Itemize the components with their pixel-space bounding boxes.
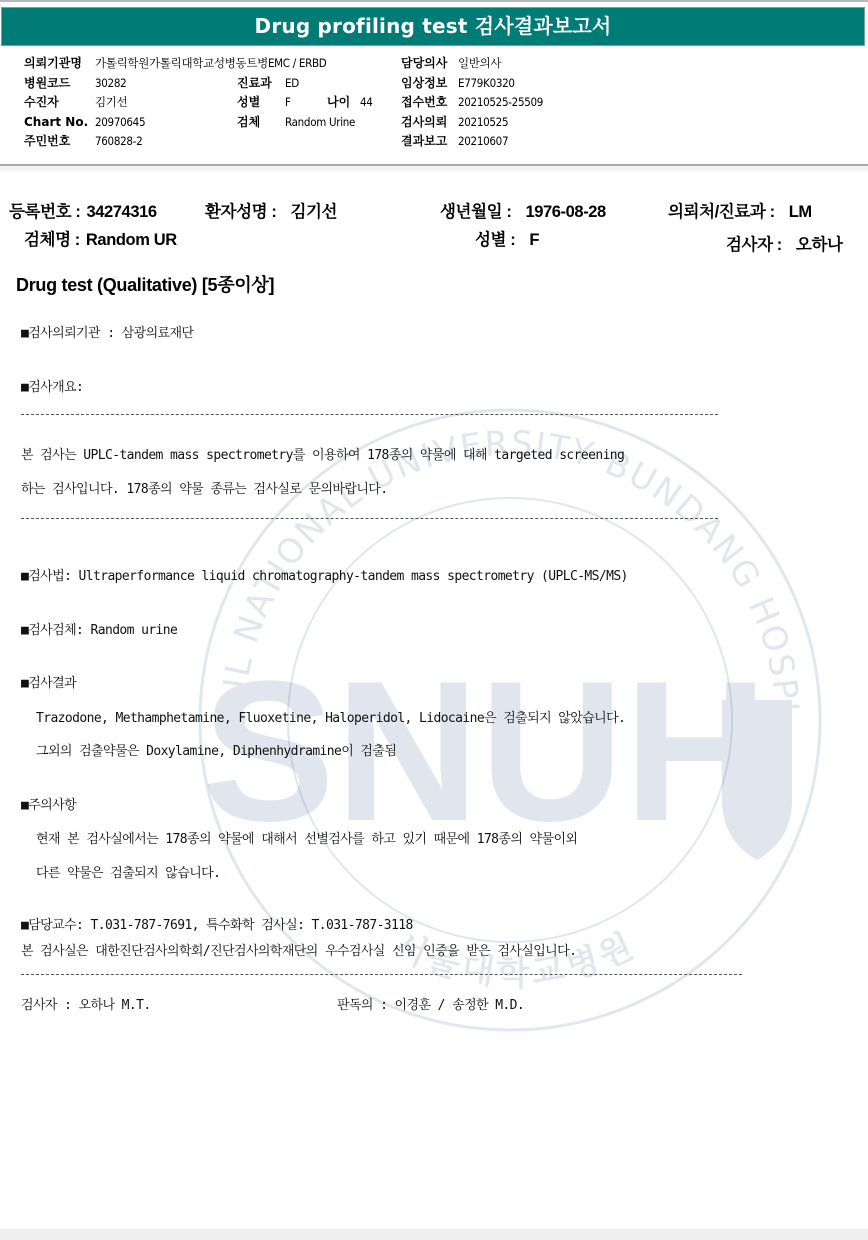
info-row-specimen: 검체 Random Urine (237, 113, 373, 133)
dob-label: 생년월일 : (440, 203, 511, 221)
info-label: 접수번호 (401, 93, 458, 113)
info-value: Random Urine (285, 113, 355, 133)
info-label: 임상정보 (401, 74, 458, 94)
patient-dept: 의뢰처/진료과 :LM (668, 198, 812, 222)
test-section-title: Drug test (Qualitative) [5종이상] (16, 271, 274, 297)
contact-line: ■담당교수: T.031-787-7691, 특수화학 검사실: T.031-7… (21, 914, 413, 933)
certification-line: 본 검사실은 대한진단검사의학회/진단검사의학재단의 우수검사실 신임 인증을 … (21, 940, 576, 959)
info-label: 담당의사 (401, 54, 458, 74)
divider-dashed (21, 414, 718, 415)
info-value: 20210607 (458, 132, 508, 152)
patient-dob: 생년월일 :1976-08-28 (440, 198, 606, 222)
dob-value: 1976-08-28 (525, 203, 605, 221)
info-value: 20970645 (95, 113, 145, 133)
patient-examiner: 검사자 :오하나 (726, 231, 843, 255)
reg-no-value: 34274316 (86, 203, 156, 221)
info-value: 20210525 (458, 113, 508, 133)
caution-line-1: 현재 본 검사실에서는 178종의 약물에 대해서 선별검사를 하고 있기 때문… (36, 828, 577, 847)
examiner-value: 오하나 (796, 236, 843, 254)
patient-name: 환자성명 :김기선 (205, 198, 337, 222)
examiner-label: 검사자 : (726, 236, 782, 254)
info-right-column: 담당의사 일반의사 임상정보 E779K0320 접수번호 20210525-2… (401, 54, 543, 152)
reader-signature: 판독의 : 이경훈 / 송정한 M.D. (337, 994, 524, 1013)
top-border (0, 0, 868, 2)
name-value: 김기선 (290, 203, 337, 221)
report-title: Drug profiling test 검사결과보고서 (1, 7, 865, 46)
name-label: 환자성명 : (205, 203, 276, 221)
result-heading: ■검사결과 (21, 672, 76, 691)
result-line-2: 그외의 검출약물은 Doxylamine, Diphenhydramine이 검… (36, 740, 396, 759)
info-value: 30282 (95, 74, 126, 94)
patient-reg-no: 등록번호 :34274316 (9, 198, 157, 222)
caution-line-2: 다른 약물은 검출되지 않습니다. (36, 862, 220, 881)
caution-heading: ■주의사항 (21, 794, 76, 813)
info-value: ED (285, 74, 299, 94)
dept-label: 의뢰처/진료과 : (668, 203, 775, 221)
info-row-physician: 담당의사 일반의사 (401, 54, 543, 74)
info-label: 결과보고 (401, 132, 458, 152)
overview-line-1: 본 검사는 UPLC-tandem mass spectrometry를 이용하… (21, 444, 624, 463)
specimen-label: 검체명 : (24, 231, 80, 249)
method-line: ■검사법: Ultraperformance liquid chromatogr… (21, 565, 628, 584)
info-row-requester: 의뢰기관명 가톨릭학원가톨릭대학교성병동트병EMC / ERBD (24, 54, 326, 74)
patient-sex: 성별 :F (475, 226, 539, 250)
specimen-value: Random UR (86, 231, 177, 249)
patient-specimen: 검체명 :Random UR (24, 226, 177, 250)
info-label: 진료과 (237, 74, 285, 94)
info-value: 20210525-25509 (458, 93, 543, 113)
info-middle-column: 진료과 ED 성별 F 나이 44 검체 Random Urine (237, 74, 373, 133)
info-label-age: 나이 (327, 93, 360, 113)
info-row-resident-no: 주민번호 760828-2 (24, 132, 326, 152)
info-label: 검체 (237, 113, 285, 133)
info-label: 검사의뢰 (401, 113, 458, 133)
info-row-request-date: 검사의뢰 20210525 (401, 113, 543, 133)
info-value: F (285, 93, 327, 113)
info-row-department: 진료과 ED (237, 74, 373, 94)
divider-dashed (21, 974, 742, 975)
reg-no-label: 등록번호 : (9, 203, 80, 221)
info-label: 의뢰기관명 (24, 54, 95, 74)
info-value: 가톨릭학원가톨릭대학교성병동트병EMC / ERBD (95, 54, 326, 74)
specimen-line: ■검사검체: Random urine (21, 619, 177, 638)
header-divider-shade (0, 166, 868, 171)
info-value: 일반의사 (458, 54, 501, 74)
info-row-report-date: 결과보고 20210607 (401, 132, 543, 152)
requester-line: ■검사의뢰기관 : 삼광의료재단 (21, 322, 193, 341)
info-row-receipt-no: 접수번호 20210525-25509 (401, 93, 543, 113)
info-value: 김기선 (95, 93, 127, 113)
dept-value: LM (789, 203, 812, 221)
sex-value: F (529, 231, 539, 249)
examiner-signature: 검사자 : 오하나 M.T. (21, 994, 151, 1013)
info-value: E779K0320 (458, 74, 515, 94)
info-label: 주민번호 (24, 132, 95, 152)
info-label: Chart No. (24, 113, 95, 133)
bottom-scroll-area (0, 1229, 868, 1240)
info-row-sex-age: 성별 F 나이 44 (237, 93, 373, 113)
overview-line-2: 하는 검사입니다. 178종의 약물 종류는 검사실로 문의바랍니다. (21, 478, 388, 497)
info-value-age: 44 (360, 93, 373, 113)
sex-label: 성별 : (475, 231, 515, 249)
info-label: 성별 (237, 93, 285, 113)
info-row-clinical-info: 임상정보 E779K0320 (401, 74, 543, 94)
divider-dashed (21, 518, 718, 519)
info-value: 760828-2 (95, 132, 142, 152)
overview-heading: ■검사개요: (21, 376, 83, 395)
result-line-1: Trazodone, Methamphetamine, Fluoxetine, … (36, 707, 625, 726)
info-label: 수진자 (24, 93, 95, 113)
info-label: 병원코드 (24, 74, 95, 94)
